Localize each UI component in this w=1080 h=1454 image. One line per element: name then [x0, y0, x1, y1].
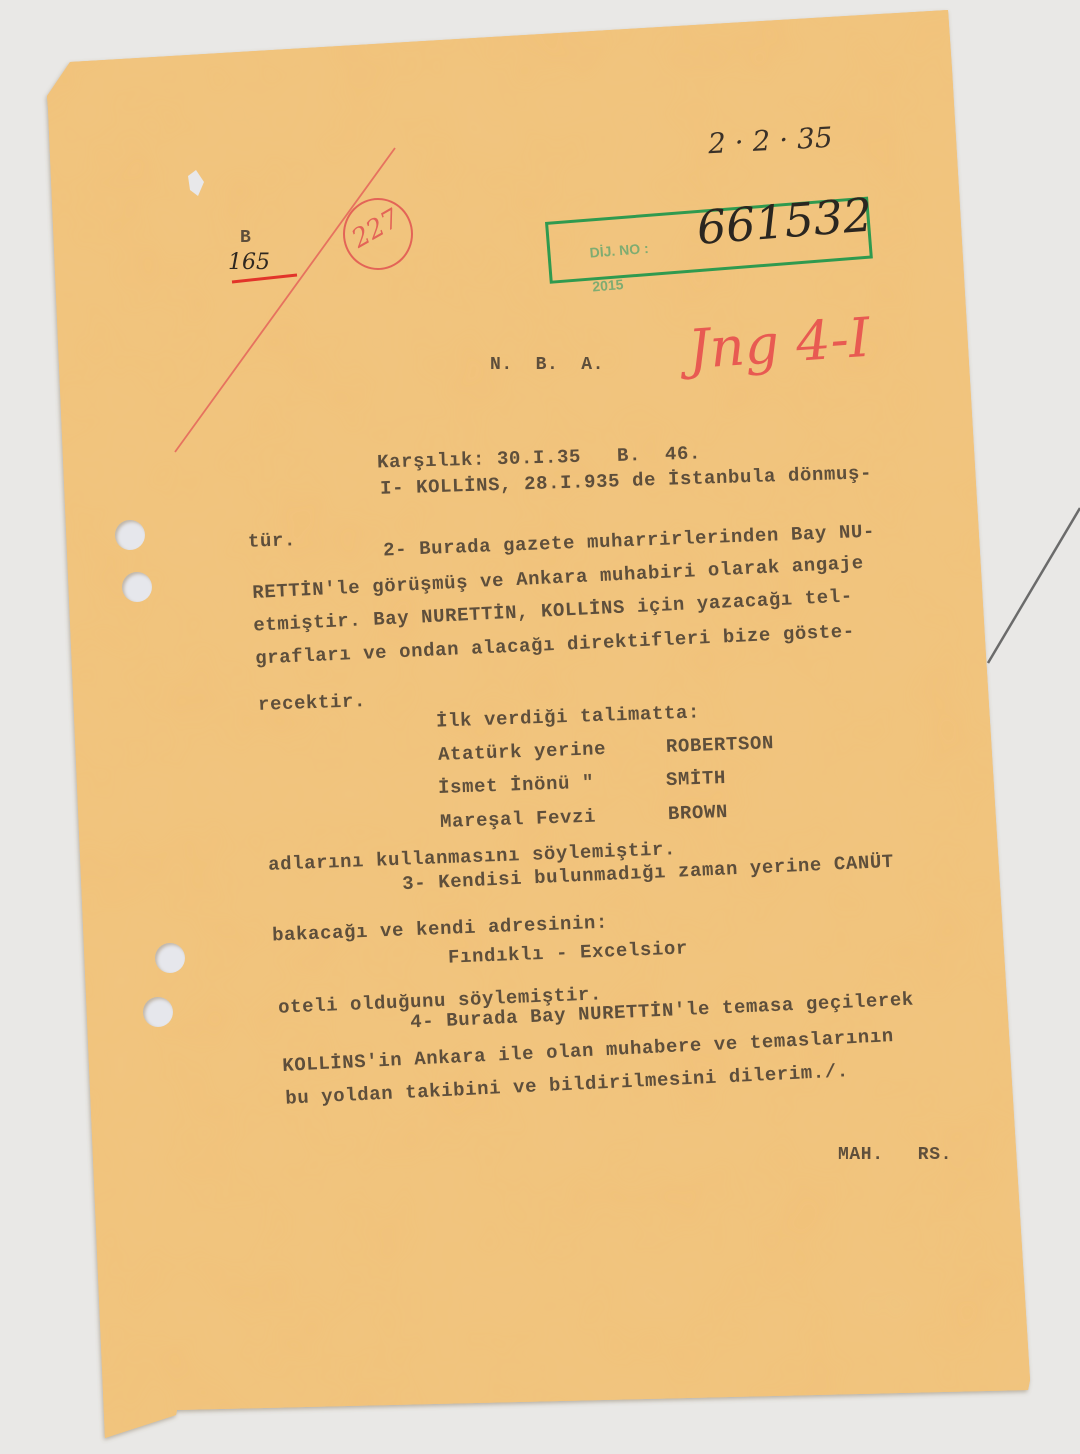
document-header: N. B. A.	[490, 355, 604, 375]
address-line: Fındıklı - Excelsior	[448, 937, 689, 968]
red-circled-number: 227	[343, 198, 413, 270]
registry-stamp: DİJ. NO : 2015 661532	[545, 197, 873, 284]
paragraph-3-line: bakacağı ve kendi adresinin:	[272, 912, 609, 947]
paragraph-2-line: recektir.	[258, 690, 367, 716]
file-number: 165	[228, 250, 270, 275]
red-handwritten-note: Jng 4-I	[686, 306, 872, 382]
codename-row-brown: Mareşal Fevzi BROWN	[440, 801, 729, 833]
codename-row-robertson: Atatürk yerine ROBERTSON	[438, 732, 775, 766]
document-sheet: 2 · 2 · 35 B 165 227 DİJ. NO : 2015 6615…	[0, 0, 1080, 1454]
codename-row-smith: İsmet İnönü " SMİTH	[438, 767, 727, 799]
paragraph-1-line: tür.	[248, 529, 297, 552]
signature: MAH. RS.	[838, 1145, 952, 1165]
stamp-handwritten-number: 661532	[695, 187, 874, 255]
stamp-label: DİJ. NO : 2015	[557, 223, 654, 315]
handwritten-date: 2 · 2 · 35	[707, 121, 833, 160]
file-letter: B	[240, 228, 251, 248]
instruction-intro: İlk verdiği talimatta:	[436, 701, 701, 732]
